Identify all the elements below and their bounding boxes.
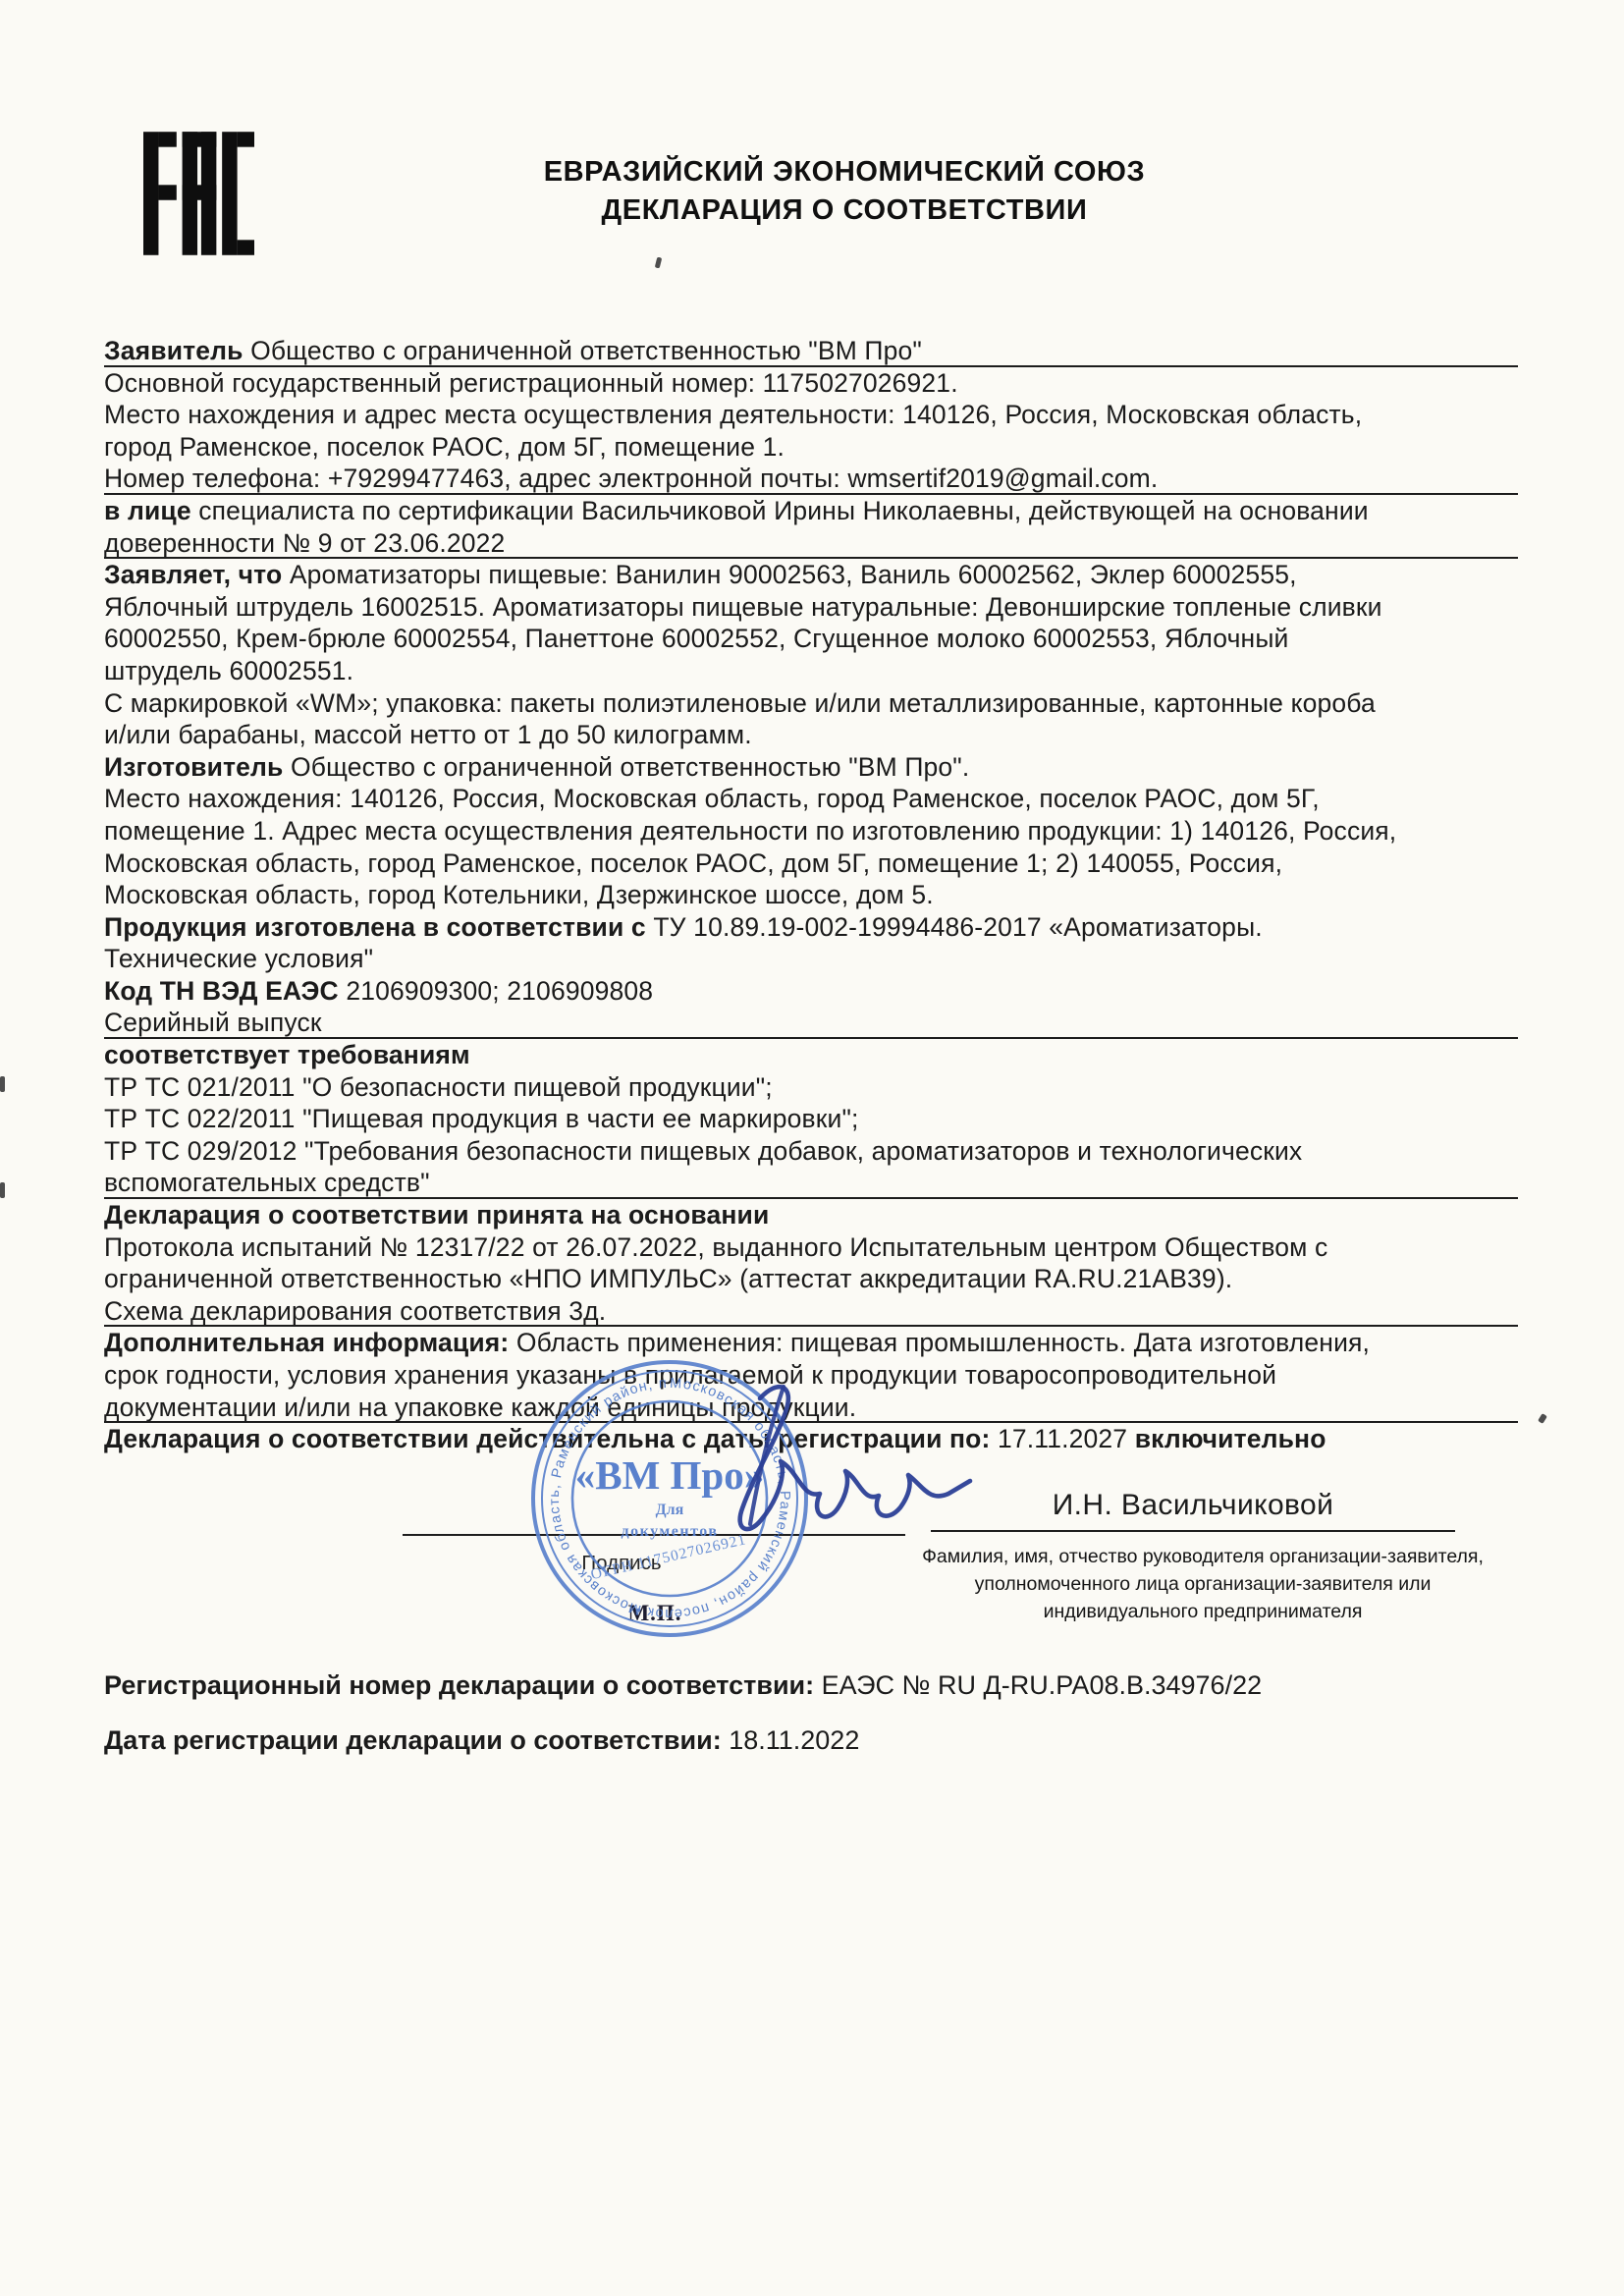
line-text: ТУ 10.89.19-002-19994486-2017 «Ароматиза… xyxy=(653,912,1262,942)
title-line-1: ЕВРАЗИЙСКИЙ ЭКОНОМИЧЕСКИЙ СОЮЗ xyxy=(422,153,1267,191)
document-line: ТР ТС 029/2012 "Требования безопасности … xyxy=(104,1135,1518,1168)
eac-letter-e xyxy=(143,132,177,255)
line-text: Ароматизаторы пищевые: Ванилин 90002563,… xyxy=(290,560,1297,589)
document-line: Заявляет, что Ароматизаторы пищевые: Ван… xyxy=(104,559,1518,591)
line-lead-bold: Код ТН ВЭД ЕАЭС xyxy=(104,976,346,1006)
document-line: ограниченной ответственностью «НПО ИМПУЛ… xyxy=(104,1263,1518,1295)
signature-scribble xyxy=(699,1377,994,1558)
document-title: ЕВРАЗИЙСКИЙ ЭКОНОМИЧЕСКИЙ СОЮЗ ДЕКЛАРАЦИ… xyxy=(422,153,1267,230)
line-text: ТР ТС 022/2011 "Пищевая продукция в част… xyxy=(104,1104,859,1133)
registration-date-label: Дата регистрации декларации о соответств… xyxy=(104,1725,729,1755)
line-text: 60002550, Крем-брюле 60002554, Панеттоне… xyxy=(104,624,1288,653)
document-line: в лице специалиста по сертификации Васил… xyxy=(104,495,1518,527)
scan-artifact xyxy=(655,257,663,269)
document-line: Продукция изготовлена в соответствии с Т… xyxy=(104,911,1518,944)
registration-number-label: Регистрационный номер декларации о соотв… xyxy=(104,1670,822,1700)
line-text: специалиста по сертификации Васильчиково… xyxy=(198,496,1369,525)
registration-date-line: Дата регистрации декларации о соответств… xyxy=(104,1725,859,1756)
line-text: ТР ТС 029/2012 "Требования безопасности … xyxy=(104,1136,1302,1166)
line-text: вспомогательных средств" xyxy=(104,1168,430,1197)
document-line: Место нахождения: 140126, Россия, Москов… xyxy=(104,783,1518,815)
document-line: ТР ТС 021/2011 "О безопасности пищевой п… xyxy=(104,1071,1518,1104)
line-tail-bold: включительно xyxy=(1135,1424,1326,1453)
line-text: Место нахождения и адрес места осуществл… xyxy=(104,400,1362,429)
document-line: помещение 1. Адрес места осуществления д… xyxy=(104,815,1518,847)
document-line: доверенности № 9 от 23.06.2022 xyxy=(104,527,1518,560)
line-text: Схема декларирования соответствия 3д. xyxy=(104,1296,606,1326)
document-line: Московская область, город Котельники, Дз… xyxy=(104,879,1518,911)
line-text: С маркировкой «WM»; упаковка: пакеты пол… xyxy=(104,688,1376,718)
line-text: Технические условия" xyxy=(104,944,373,973)
document-line: С маркировкой «WM»; упаковка: пакеты пол… xyxy=(104,687,1518,720)
registration-number-line: Регистрационный номер декларации о соотв… xyxy=(104,1670,1262,1701)
document-line: Яблочный штрудель 16002515. Ароматизатор… xyxy=(104,591,1518,624)
line-text: Московская область, город Раменское, пос… xyxy=(104,848,1282,878)
line-lead-bold: Заявляет, что xyxy=(104,560,290,589)
eac-letter-a xyxy=(183,132,217,255)
document-line: Декларация о соответствии принята на осн… xyxy=(104,1199,1518,1231)
document-line: штрудель 60002551. xyxy=(104,655,1518,687)
line-text: доверенности № 9 от 23.06.2022 xyxy=(104,528,505,558)
signatory-name: И.Н. Васильчиковой xyxy=(931,1489,1455,1522)
line-text: Общество с ограниченной ответственностью… xyxy=(291,752,969,782)
document-line: Протокола испытаний № 12317/22 от 26.07.… xyxy=(104,1231,1518,1264)
document-line: Серийный выпуск xyxy=(104,1007,1518,1039)
line-text: Номер телефона: +79299477463, адрес элек… xyxy=(104,464,1158,493)
document-line: Код ТН ВЭД ЕАЭС 2106909300; 2106909808 xyxy=(104,975,1518,1008)
line-text: Место нахождения: 140126, Россия, Москов… xyxy=(104,784,1320,813)
document-line: Московская область, город Раменское, пос… xyxy=(104,847,1518,880)
line-text: Основной государственный регистрационный… xyxy=(104,368,958,398)
line-lead-bold: Продукция изготовлена в соответствии с xyxy=(104,912,653,942)
document-line: Основной государственный регистрационный… xyxy=(104,367,1518,400)
line-text: Серийный выпуск xyxy=(104,1008,322,1037)
document-line: Заявитель Общество с ограниченной ответс… xyxy=(104,335,1518,367)
line-text: Московская область, город Котельники, Дз… xyxy=(104,880,934,909)
line-text: ТР ТС 021/2011 "О безопасности пищевой п… xyxy=(104,1072,773,1102)
signatory-name-line xyxy=(931,1530,1455,1532)
registration-date-value: 18.11.2022 xyxy=(729,1725,859,1755)
declaration-document: ЕВРАЗИЙСКИЙ ЭКОНОМИЧЕСКИЙ СОЮЗ ДЕКЛАРАЦИ… xyxy=(0,0,1624,2296)
line-text: Яблочный штрудель 16002515. Ароматизатор… xyxy=(104,592,1382,622)
line-text: помещение 1. Адрес места осуществления д… xyxy=(104,816,1396,846)
caption-line-3: индивидуального предпринимателя xyxy=(889,1598,1517,1625)
eac-mark-icon xyxy=(143,125,254,262)
registration-number-value: ЕАЭС № RU Д-RU.РА08.В.34976/22 xyxy=(822,1670,1262,1700)
line-lead-bold: Изготовитель xyxy=(104,752,291,782)
document-line: 60002550, Крем-брюле 60002554, Панеттоне… xyxy=(104,623,1518,655)
document-body: Заявитель Общество с ограниченной ответс… xyxy=(104,335,1518,1455)
line-text: Протокола испытаний № 12317/22 от 26.07.… xyxy=(104,1232,1327,1262)
line-text: город Раменское, поселок РАОС, дом 5Г, п… xyxy=(104,432,785,462)
document-line: вспомогательных средств" xyxy=(104,1167,1518,1199)
document-line: и/или барабаны, массой нетто от 1 до 50 … xyxy=(104,719,1518,751)
document-line: Схема декларирования соответствия 3д. xyxy=(104,1295,1518,1328)
line-text: ограниченной ответственностью «НПО ИМПУЛ… xyxy=(104,1264,1232,1293)
line-lead-bold: в лице xyxy=(104,496,198,525)
document-line: Технические условия" xyxy=(104,943,1518,975)
line-text: Общество с ограниченной ответственностью… xyxy=(250,336,922,365)
line-text: 17.11.2027 xyxy=(998,1424,1135,1453)
scan-artifact xyxy=(0,1076,5,1092)
line-text: 2106909300; 2106909808 xyxy=(346,976,653,1006)
line-lead-bold: Дополнительная информация: xyxy=(104,1328,516,1357)
line-lead-bold: соответствует требованиям xyxy=(104,1040,470,1069)
line-lead-bold: Заявитель xyxy=(104,336,250,365)
scan-artifact xyxy=(0,1182,5,1198)
document-line: соответствует требованиям xyxy=(104,1039,1518,1071)
line-text: и/или барабаны, массой нетто от 1 до 50 … xyxy=(104,720,752,749)
document-line: Место нахождения и адрес места осуществл… xyxy=(104,399,1518,431)
caption-line-2: уполномоченного лица организации-заявите… xyxy=(889,1570,1517,1598)
line-text: штрудель 60002551. xyxy=(104,656,353,685)
line-lead-bold: Декларация о соответствии принята на осн… xyxy=(104,1200,769,1230)
document-line: Номер телефона: +79299477463, адрес элек… xyxy=(104,463,1518,495)
scan-artifact xyxy=(1538,1413,1547,1424)
document-line: ТР ТС 022/2011 "Пищевая продукция в част… xyxy=(104,1103,1518,1135)
document-line: город Раменское, поселок РАОС, дом 5Г, п… xyxy=(104,431,1518,464)
title-line-2: ДЕКЛАРАЦИЯ О СООТВЕТСТВИИ xyxy=(422,191,1267,230)
eac-letter-c xyxy=(222,132,254,255)
stamp-for-label: Для xyxy=(656,1502,684,1518)
document-line: Изготовитель Общество с ограниченной отв… xyxy=(104,751,1518,784)
